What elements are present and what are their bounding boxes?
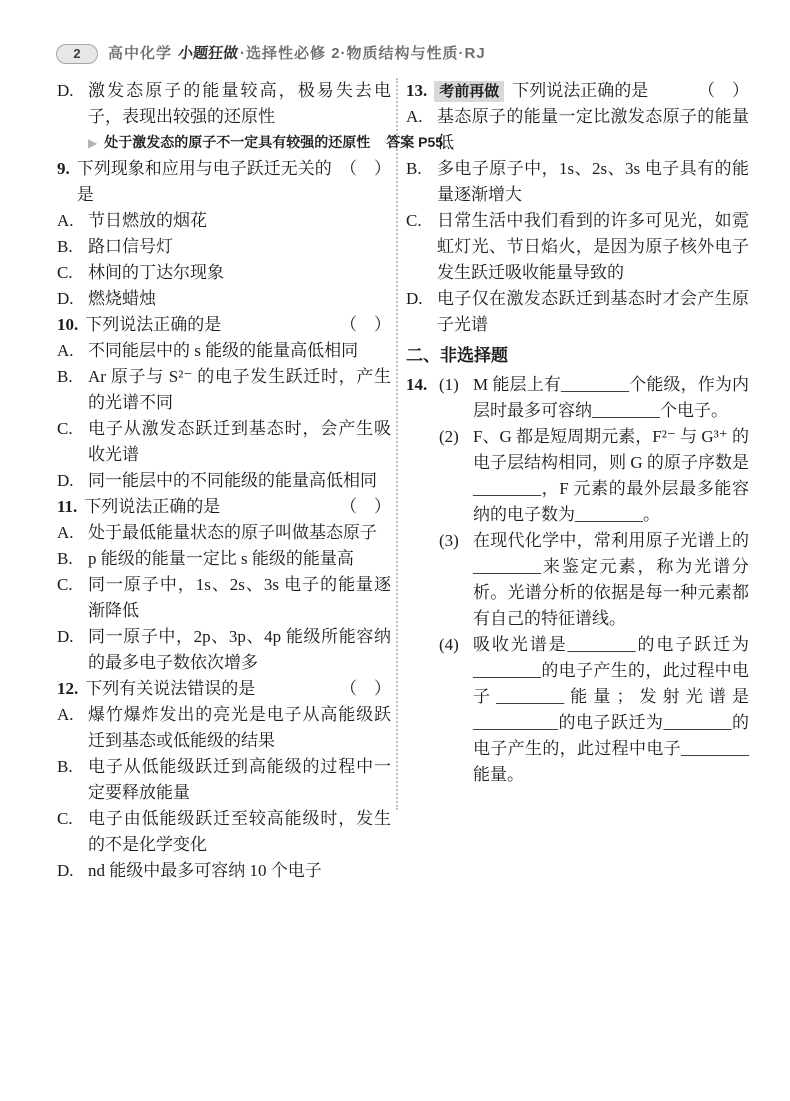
option-label: C. (57, 260, 88, 286)
question-stem-line: 9. 下列现象和应用与电子跃迁无关的是 （ ） (57, 156, 391, 208)
question-stem: 下列说法正确的是 (84, 494, 340, 520)
option: C. 林间的丁达尔现象 (57, 260, 391, 286)
option-label: D. (57, 78, 88, 130)
option-label: A. (57, 338, 88, 364)
question-10: 10. 下列说法正确的是 （ ） A. 不同能层中的 s 能级的能量高低相同 B… (57, 312, 391, 494)
option-text: p 能级的能量一定比 s 能级的能量高 (88, 546, 391, 572)
part-text: M 能层上有________个能级，作为内层时最多可容纳________个电子。 (473, 372, 749, 424)
option-text: 不同能层中的 s 能级的能量高低相同 (88, 338, 391, 364)
answer-bracket: （ ） (340, 312, 391, 338)
question-number: 13. (406, 78, 434, 104)
option-label: B. (57, 364, 88, 416)
option-label: B. (57, 234, 88, 260)
option: B. 路口信号灯 (57, 234, 391, 260)
question-number: 10. (57, 312, 85, 338)
part-text: F、G 都是短周期元素，F²⁻ 与 G³⁺ 的电子层结构相同，则 G 的原子序数… (473, 424, 749, 528)
option-text: 林间的丁达尔现象 (88, 260, 391, 286)
option-text: 基态原子的能量一定比激发态原子的能量低 (437, 104, 749, 156)
question-stem: 下列现象和应用与电子跃迁无关的是 (77, 156, 340, 208)
option: B. Ar 原子与 S²⁻ 的电子发生跃迁时，产生的光谱不同 (57, 364, 391, 416)
option: B. 电子从低能级跃迁到高能级的过程中一定要释放能量 (57, 754, 391, 806)
question-stem: 下列有关说法错误的是 (85, 676, 340, 702)
question-number: 14. (406, 372, 439, 788)
question-stem-line: 12. 下列有关说法错误的是 （ ） (57, 676, 391, 702)
question-12: 12. 下列有关说法错误的是 （ ） A. 爆竹爆炸发出的亮光是电子从高能级跃迁… (57, 676, 391, 884)
question-stem: 下列说法正确的是 (85, 312, 340, 338)
option-label: C. (57, 572, 88, 624)
part-label: (3) (439, 528, 473, 632)
option-text: 电子从激发态跃迁到基态时，会产生吸收光谱 (88, 416, 391, 468)
answer-bracket: （ ） (340, 156, 391, 208)
page-number-badge: 2 (56, 44, 98, 64)
option-label: A. (57, 702, 88, 754)
question-part: (4) 吸收光谱是________的电子跃迁为________的电子产生的，此过… (439, 632, 749, 788)
answer-hint: ▶ 处于激发态的原子不一定具有较强的还原性 答案 P55 (88, 130, 391, 156)
option-label: D. (57, 468, 88, 494)
option-text: 多电子原子中，1s、2s、3s 电子具有的能量逐渐增大 (437, 156, 749, 208)
part-text: 吸收光谱是________的电子跃迁为________的电子产生的，此过程中电子… (473, 632, 749, 788)
question-part: (3) 在现代化学中，常利用原子光谱上的________来鉴定元素，称为光谱分析… (439, 528, 749, 632)
question-part: (1) M 能层上有________个能级，作为内层时最多可容纳________… (439, 372, 749, 424)
option-text: 电子仅在激发态跃迁到基态时才会产生原子光谱 (437, 286, 749, 338)
question-number: 9. (57, 156, 77, 208)
option-label: D. (406, 286, 437, 338)
page: 2 高中化学 小题狂做 ·选择性必修 2·物质结构与性质·RJ D. 激发态原子… (0, 0, 790, 1101)
option-label: D. (57, 624, 88, 676)
option-label: A. (406, 104, 437, 156)
option: A. 基态原子的能量一定比激发态原子的能量低 (406, 104, 749, 156)
option-text: 激发态原子的能量较高，极易失去电子，表现出较强的还原性 (88, 78, 391, 130)
option-label: B. (57, 546, 88, 572)
section-title: 二、非选择题 (406, 343, 749, 369)
option-text: 同一原子中，2p、3p、4p 能级所能容纳的最多电子数依次增多 (88, 624, 391, 676)
option-text: 处于最低能量状态的原子叫做基态原子 (88, 520, 391, 546)
option: D. 同一原子中，2p、3p、4p 能级所能容纳的最多电子数依次增多 (57, 624, 391, 676)
option-text: 同一能层中的不同能级的能量高低相同 (88, 468, 391, 494)
question-number: 12. (57, 676, 85, 702)
option-label: A. (57, 208, 88, 234)
option: B. p 能级的能量一定比 s 能级的能量高 (57, 546, 391, 572)
option: C. 日常生活中我们看到的许多可见光，如霓虹灯光、节日焰火，是因为原子核外电子发… (406, 208, 749, 286)
option-label: D. (57, 286, 88, 312)
option: D. 电子仅在激发态跃迁到基态时才会产生原子光谱 (406, 286, 749, 338)
option: D. nd 能级中最多可容纳 10 个电子 (57, 858, 391, 884)
part-label: (4) (439, 632, 473, 788)
option: A. 节日燃放的烟花 (57, 208, 391, 234)
option-text: 电子由低能级跃迁至较高能级时，发生的不是化学变化 (88, 806, 391, 858)
hint-text: 处于激发态的原子不一定具有较强的还原性 (104, 130, 370, 155)
option-label: C. (57, 806, 88, 858)
option-text: 日常生活中我们看到的许多可见光，如霓虹灯光、节日焰火，是因为原子核外电子发生跃迁… (437, 208, 749, 286)
question-parts: (1) M 能层上有________个能级，作为内层时最多可容纳________… (439, 372, 749, 788)
page-header: 2 高中化学 小题狂做 ·选择性必修 2·物质结构与性质·RJ (56, 41, 750, 67)
option: A. 不同能层中的 s 能级的能量高低相同 (57, 338, 391, 364)
option-text: 电子从低能级跃迁到高能级的过程中一定要释放能量 (88, 754, 391, 806)
exam-badge: 考前再做 (434, 81, 504, 102)
question-14: 14. (1) M 能层上有________个能级，作为内层时最多可容纳____… (406, 372, 749, 788)
question-stem-line: 11. 下列说法正确的是 （ ） (57, 494, 391, 520)
option-text: nd 能级中最多可容纳 10 个电子 (88, 858, 391, 884)
triangle-right-icon: ▶ (88, 131, 97, 156)
option-text: Ar 原子与 S²⁻ 的电子发生跃迁时，产生的光谱不同 (88, 364, 391, 416)
option-label: D. (57, 858, 88, 884)
option: D. 激发态原子的能量较高，极易失去电子，表现出较强的还原性 (57, 78, 391, 130)
option: A. 处于最低能量状态的原子叫做基态原子 (57, 520, 391, 546)
option: D. 燃烧蜡烛 (57, 286, 391, 312)
option-label: A. (57, 520, 88, 546)
option-label: C. (57, 416, 88, 468)
option-label: C. (406, 208, 437, 286)
option-text: 路口信号灯 (88, 234, 391, 260)
answer-bracket: （ ） (340, 676, 391, 702)
option-text: 燃烧蜡烛 (88, 286, 391, 312)
option: C. 同一原子中，1s、2s、3s 电子的能量逐渐降低 (57, 572, 391, 624)
question-11: 11. 下列说法正确的是 （ ） A. 处于最低能量状态的原子叫做基态原子 B.… (57, 494, 391, 676)
question-9: 9. 下列现象和应用与电子跃迁无关的是 （ ） A. 节日燃放的烟花 B. 路口… (57, 156, 391, 312)
question-stem-line: 10. 下列说法正确的是 （ ） (57, 312, 391, 338)
question-stem-line: 13. 考前再做 下列说法正确的是 （ ） (406, 78, 749, 104)
option: C. 电子从激发态跃迁到基态时，会产生吸收光谱 (57, 416, 391, 468)
answer-bracket: （ ） (340, 494, 391, 520)
left-column: D. 激发态原子的能量较高，极易失去电子，表现出较强的还原性 ▶ 处于激发态的原… (57, 78, 391, 884)
brand-logo: 小题狂做 (177, 41, 240, 67)
option: B. 多电子原子中，1s、2s、3s 电子具有的能量逐渐增大 (406, 156, 749, 208)
part-text: 在现代化学中，常利用原子光谱上的________来鉴定元素，称为光谱分析。光谱分… (473, 528, 749, 632)
option-label: B. (406, 156, 437, 208)
right-column: 13. 考前再做 下列说法正确的是 （ ） A. 基态原子的能量一定比激发态原子… (406, 78, 749, 788)
header-edition: ·选择性必修 2·物质结构与性质·RJ (240, 41, 486, 67)
header-subject: 高中化学 (108, 41, 172, 67)
option: C. 电子由低能级跃迁至较高能级时，发生的不是化学变化 (57, 806, 391, 858)
option-text: 爆竹爆炸发出的亮光是电子从高能级跃迁到基态或低能级的结果 (88, 702, 391, 754)
answer-bracket: （ ） (698, 78, 749, 104)
question-13: 13. 考前再做 下列说法正确的是 （ ） A. 基态原子的能量一定比激发态原子… (406, 78, 749, 338)
option: A. 爆竹爆炸发出的亮光是电子从高能级跃迁到基态或低能级的结果 (57, 702, 391, 754)
option-label: B. (57, 754, 88, 806)
question-part: (2) F、G 都是短周期元素，F²⁻ 与 G³⁺ 的电子层结构相同，则 G 的… (439, 424, 749, 528)
question-number: 11. (57, 494, 84, 520)
option: D. 同一能层中的不同能级的能量高低相同 (57, 468, 391, 494)
option-text: 节日燃放的烟花 (88, 208, 391, 234)
column-divider (396, 78, 398, 810)
part-label: (1) (439, 372, 473, 424)
question-stem: 下列说法正确的是 (512, 78, 698, 104)
option-text: 同一原子中，1s、2s、3s 电子的能量逐渐降低 (88, 572, 391, 624)
part-label: (2) (439, 424, 473, 528)
